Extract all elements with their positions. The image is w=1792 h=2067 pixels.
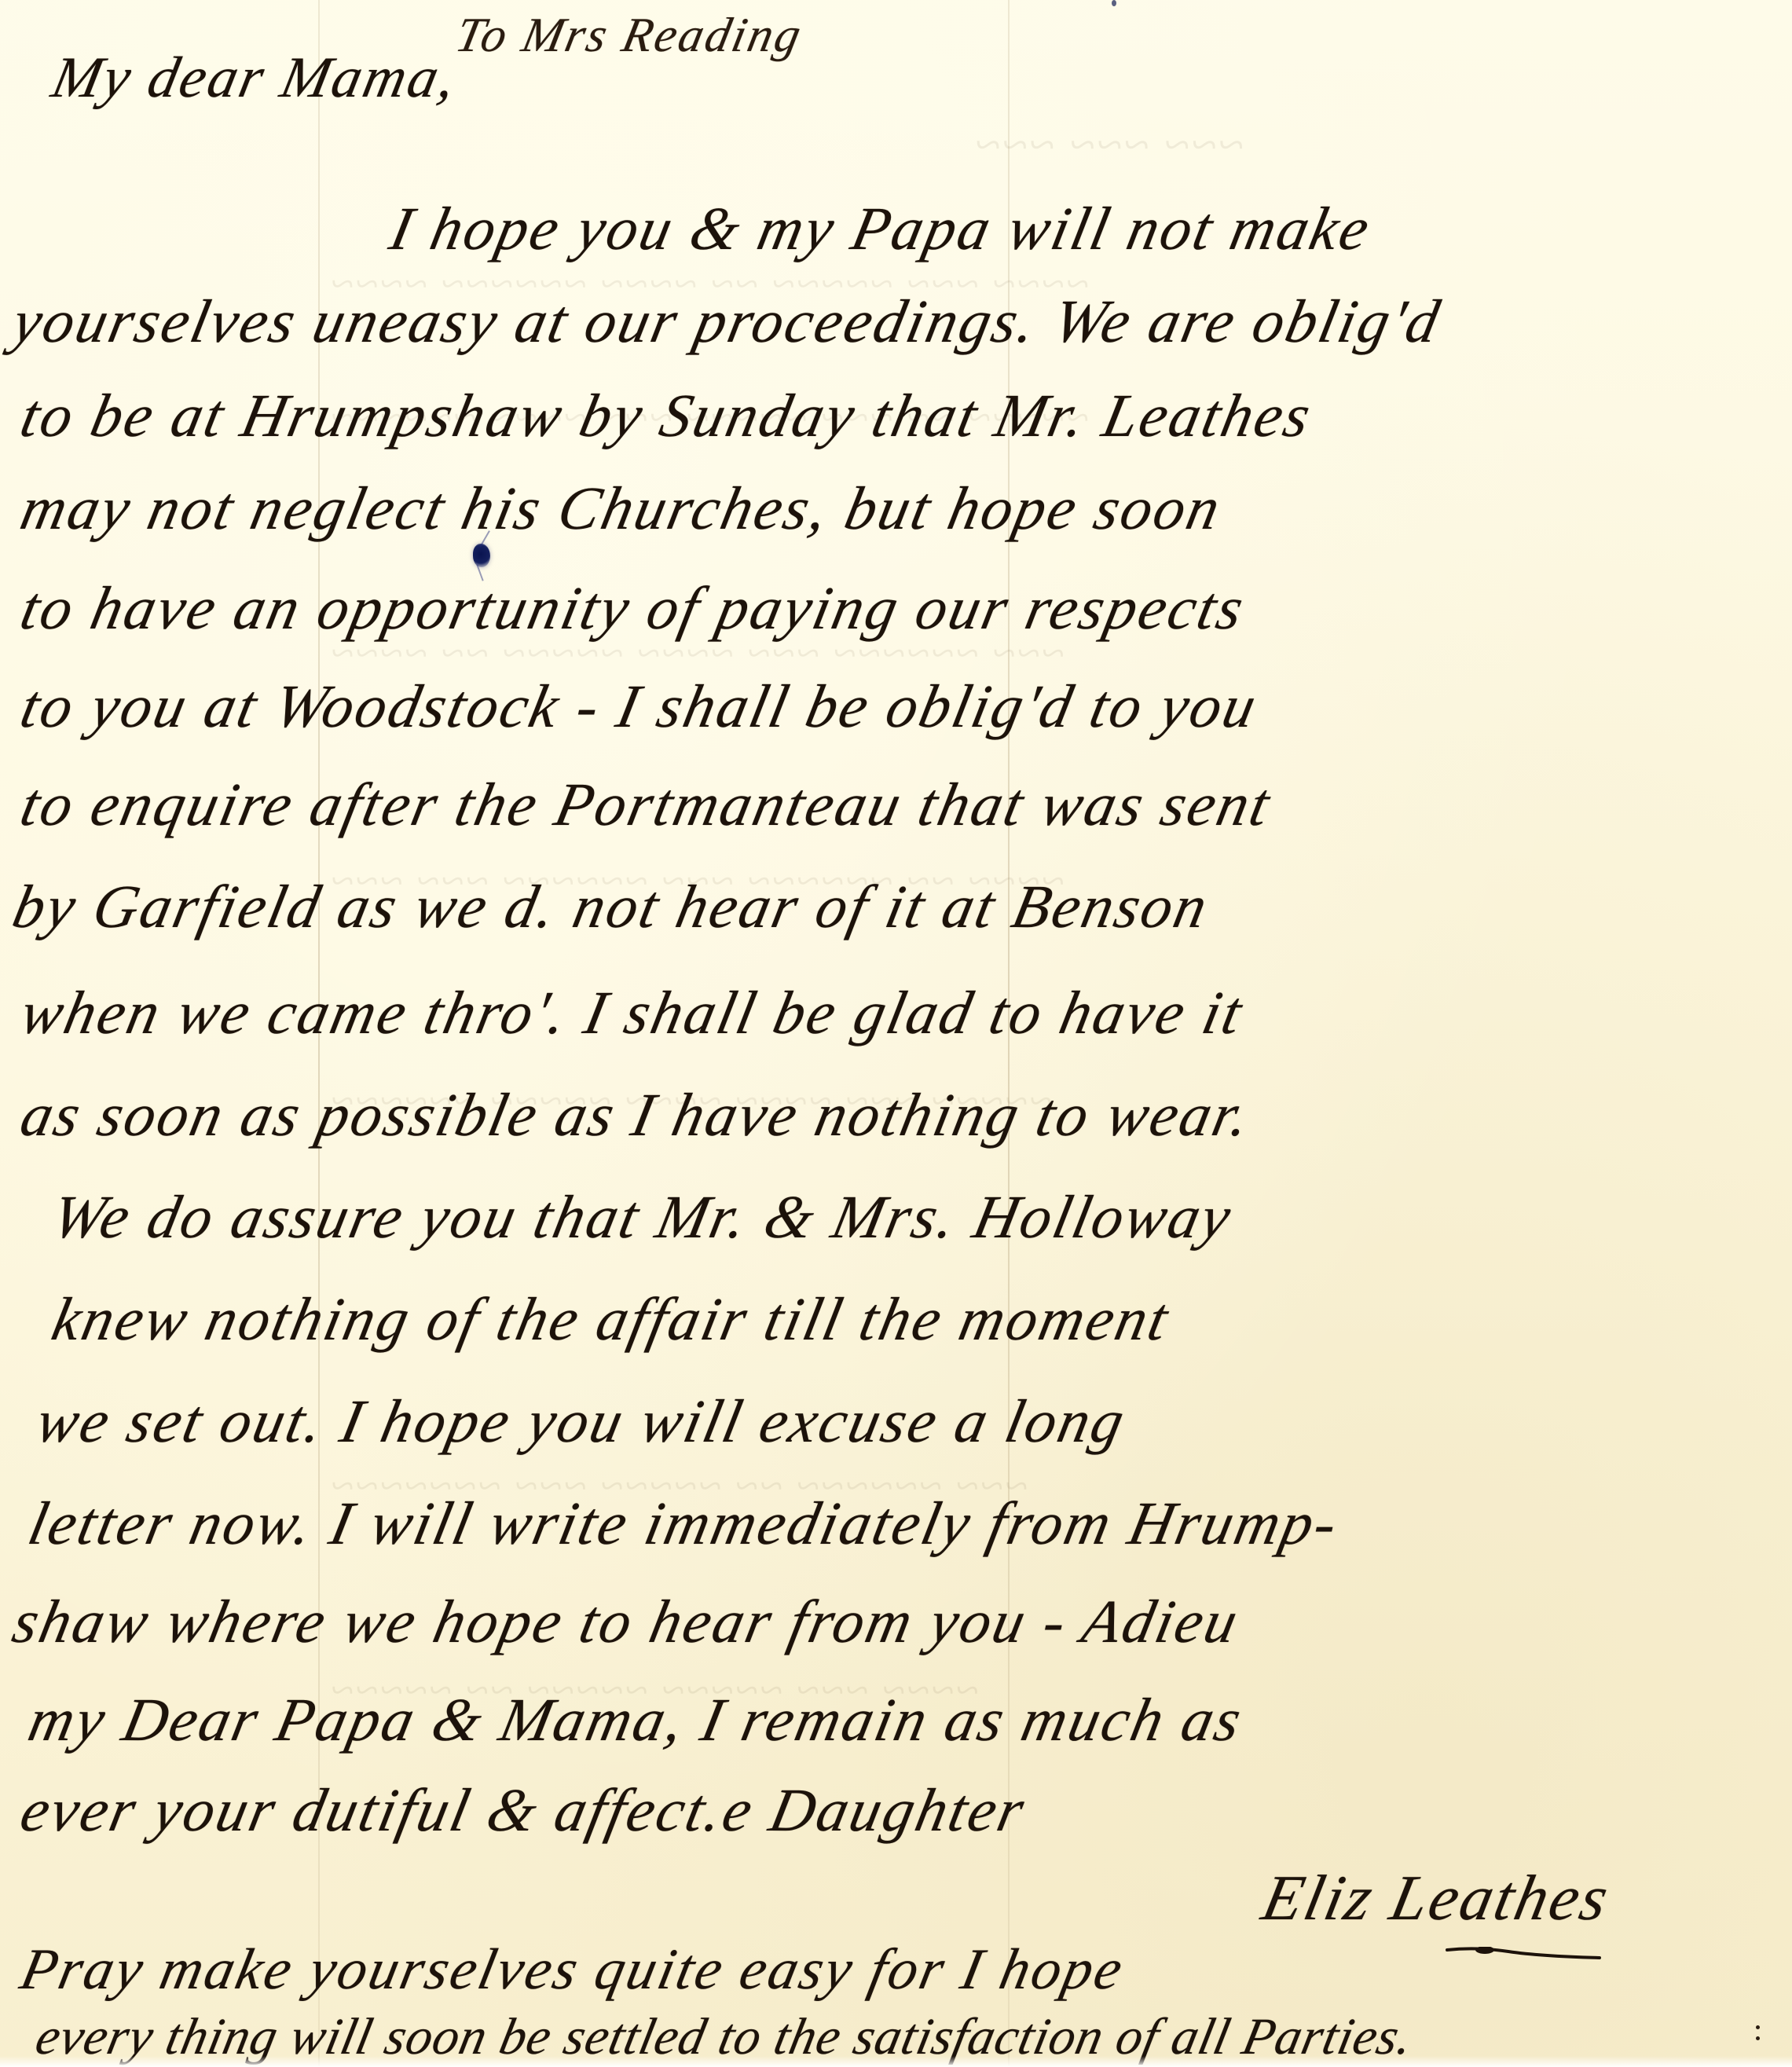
end-punctuation xyxy=(1756,2025,1761,2043)
paper-edge xyxy=(0,2056,1792,2067)
body-line: as soon as possible as I have nothing to… xyxy=(16,1084,1257,1145)
body-line: to enquire after the Portmanteau that wa… xyxy=(16,774,1277,835)
body-line: when we came thro'. I shall be glad to h… xyxy=(16,982,1249,1043)
signature-flourish xyxy=(1446,1947,1603,1959)
signature: Eliz Leathes xyxy=(1257,1866,1616,1930)
body-line: to be at Hrumpshaw by Sunday that Mr. Le… xyxy=(16,385,1317,446)
body-line: to have an opportunity of paying our res… xyxy=(16,577,1251,639)
body-line: yourselves uneasy at our proceedings. We… xyxy=(8,291,1446,352)
body-line: may not neglect his Churches, but hope s… xyxy=(16,478,1227,539)
body-line: my Dear Papa & Mama, I remain as much as xyxy=(24,1689,1248,1750)
salutation: My dear Mama, xyxy=(47,49,463,107)
body-line: ever your dutiful & affect.e Daughter xyxy=(16,1779,1032,1841)
postscript-line: Pray make yourselves quite easy for I ho… xyxy=(16,1941,1130,1999)
body-line: knew nothing of the affair till the mome… xyxy=(47,1288,1175,1350)
body-line: by Garfield as we d. not hear of it at B… xyxy=(8,876,1215,937)
ink-blot xyxy=(473,544,490,567)
body-line: We do assure you that Mr. & Mrs. Hollowa… xyxy=(47,1186,1238,1248)
body-line: I hope you & my Papa will not make xyxy=(385,198,1376,259)
body-line: letter now. I will write immediately fro… xyxy=(24,1493,1344,1554)
letter-page: ~~~ ~~~ ~~~ ~~~~ ~~~ ~~~~~ ~~ ~~~~ ~~~~~… xyxy=(0,0,1792,2067)
body-line: we set out. I hope you will excuse a lon… xyxy=(31,1391,1131,1452)
body-line: to you at Woodstock - I shall be oblig'd… xyxy=(16,676,1263,737)
body-line: shaw where we hope to hear from you - Ad… xyxy=(8,1591,1245,1652)
addressee-note: To Mrs Reading xyxy=(452,11,807,60)
ink-speck xyxy=(1112,0,1116,6)
bleed-through-text: ~~~ ~~~ ~~~ xyxy=(970,118,1248,172)
